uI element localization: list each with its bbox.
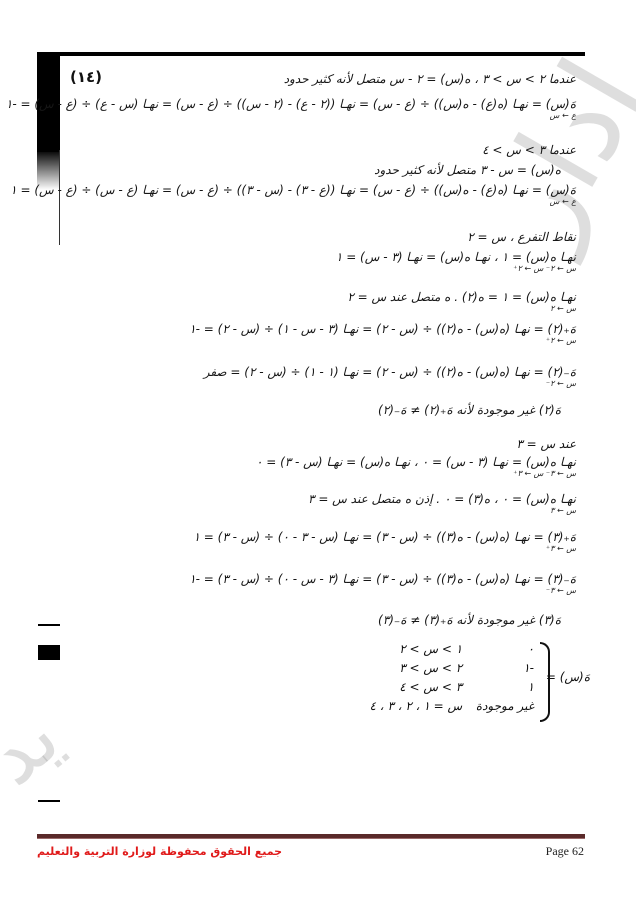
- limit-subscript: س ← ٣⁺: [194, 544, 576, 554]
- math-line: عندما ٢ > س > ٣ ، ه(س) = ٢ - س متصل لأنه…: [284, 72, 576, 86]
- math-line: ه(س) = س - ٣ متصل لأنه كثير حدود: [374, 163, 561, 177]
- scan-top-border: [37, 52, 585, 56]
- math-line-text: عند س = ٣: [516, 437, 576, 451]
- margin-mark-line: [38, 800, 60, 802]
- limit-subscript: س ← ٣: [308, 506, 576, 516]
- piecewise-row: ١ ٣ > س > ٤: [399, 680, 534, 694]
- piecewise-condition: ١ > س > ٢: [399, 642, 462, 656]
- margin-mark-line: [38, 624, 60, 626]
- math-line: نهـا ه(س) = ٠ ، ه(٣) = ٠ . إذن ه متصل عن…: [308, 492, 576, 516]
- footer-copyright: جميع الحقوق محفوظة لوزارة التربية والتعل…: [37, 845, 282, 858]
- piecewise-condition: ٢ > س > ٣: [399, 661, 462, 675]
- math-line: هَ₊(٣) = نهـا (ه(س) - ه(٣)) ÷ (س - ٣) = …: [194, 530, 576, 554]
- limit-subscript: س ← ٢⁺: [189, 336, 576, 346]
- math-line-text: ه(س) = س - ٣ متصل لأنه كثير حدود: [374, 163, 561, 177]
- math-line-text: هَ(٢) غير موجودة لأنه هَ₊(٢) ≠ هَ₋(٢): [378, 403, 561, 417]
- math-line: نهـا ه(س) = ١ ، نهـا ه(س) = نهـا (٣ - س)…: [336, 250, 576, 274]
- piecewise-condition: س = ١ ، ٢ ، ٣ ، ٤: [369, 699, 462, 713]
- section-number: (١٤): [70, 68, 102, 86]
- piecewise-value: -١: [486, 661, 534, 675]
- piecewise-condition: ٣ > س > ٤: [399, 680, 462, 694]
- math-line: هَ₋(٣) = نهـا (ه(س) - ه(٣)) ÷ (س - ٣) = …: [189, 572, 576, 596]
- limit-subscript: س ← ٢⁻ س ← ٢⁺: [336, 264, 576, 274]
- math-line: نهـا ه(س) = نهـا (٣ - س) = ٠ ، نهـا ه(س)…: [256, 455, 576, 479]
- math-line-text: هَ(٣) غير موجودة لأنه هَ₊(٣) ≠ هَ₋(٣): [378, 613, 561, 627]
- math-line-text: نقاط التفرع ، س = ٢: [467, 230, 576, 244]
- watermark-left: يد: [0, 690, 77, 803]
- math-line-text: هَ₊(٣) = نهـا (ه(س) - ه(٣)) ÷ (س - ٣) = …: [194, 530, 576, 544]
- limit-subscript: س ← ٣⁻ س ← ٣⁺: [256, 469, 576, 479]
- math-line-text: عندما ٣ > س > ٤: [482, 143, 576, 157]
- limit-subscript: ع ← س: [6, 111, 576, 121]
- math-line: عند س = ٣: [516, 437, 576, 451]
- limit-subscript: س ← ٢⁻: [204, 379, 576, 389]
- math-line-text: عندما ٢ > س > ٣ ، ه(س) = ٢ - س متصل لأنه…: [284, 72, 576, 86]
- piecewise-row: غير موجودة س = ١ ، ٢ ، ٣ ، ٤: [369, 699, 534, 713]
- footer-page-number: Page 62: [546, 844, 584, 859]
- math-line: هَ(٣) غير موجودة لأنه هَ₊(٣) ≠ هَ₋(٣): [378, 613, 561, 627]
- limit-subscript: ع ← س: [10, 197, 576, 207]
- piecewise-value: ١: [486, 680, 534, 694]
- math-line: نهـا ه(س) = ١ = ه(٢) . ه متصل عند س = ٢ …: [347, 290, 576, 314]
- math-line: نقاط التفرع ، س = ٢: [467, 230, 576, 244]
- math-line-text: نهـا ه(س) = ٠ ، ه(٣) = ٠ . إذن ه متصل عن…: [308, 492, 576, 506]
- piecewise-value: ٠: [486, 642, 534, 656]
- limit-subscript: س ← ٣⁻: [189, 586, 576, 596]
- math-line-text: هَ₋(٣) = نهـا (ه(س) - ه(٣)) ÷ (س - ٣) = …: [189, 572, 576, 586]
- piecewise-label: هَ(س) =: [546, 670, 590, 684]
- footer-rule: [37, 834, 585, 839]
- math-line-text: نهـا ه(س) = ١ = ه(٢) . ه متصل عند س = ٢: [347, 290, 576, 304]
- math-line-text: هَ₋(٢) = نهـا (ه(س) - ه(٢)) ÷ (س - ٢) = …: [204, 365, 576, 379]
- math-line: هَ(س) = نهـا (ه(ع) - ه(س)) ÷ (ع - س) = ن…: [10, 183, 576, 207]
- brace-icon: [540, 642, 550, 722]
- math-line-text: هَ(س) = نهـا (ه(ع) - ه(س)) ÷ (ع - س) = ن…: [10, 183, 576, 197]
- limit-subscript: س ← ٢: [347, 304, 576, 314]
- piecewise-row: ٠ ١ > س > ٢: [399, 642, 534, 656]
- math-line: هَ₊(٢) = نهـا (ه(س) - ه(٢)) ÷ (س - ٢) = …: [189, 322, 576, 346]
- math-line-text: هَ(س) = نهـا (ه(ع) - ه(س)) ÷ (ع - س) = ن…: [6, 97, 576, 111]
- math-line: هَ(س) = نهـا (ه(ع) - ه(س)) ÷ (ع - س) = ن…: [6, 97, 576, 121]
- math-line-text: نهـا ه(س) = ١ ، نهـا ه(س) = نهـا (٣ - س)…: [336, 250, 576, 264]
- math-line-text: هَ₊(٢) = نهـا (ه(س) - ه(٢)) ÷ (س - ٢) = …: [189, 322, 576, 336]
- math-line: هَ(٢) غير موجودة لأنه هَ₊(٢) ≠ هَ₋(٢): [378, 403, 561, 417]
- math-line: عندما ٣ > س > ٤: [482, 143, 576, 157]
- piecewise-value: غير موجودة: [486, 699, 534, 713]
- math-line: هَ₋(٢) = نهـا (ه(س) - ه(٢)) ÷ (س - ٢) = …: [204, 365, 576, 389]
- math-line-text: نهـا ه(س) = نهـا (٣ - س) = ٠ ، نهـا ه(س)…: [256, 455, 576, 469]
- piecewise-row: -١ ٢ > س > ٣: [399, 661, 534, 675]
- margin-mark-block: [38, 645, 60, 660]
- piecewise-definition: هَ(س) = ٠ ١ > س > ٢ -١ ٢ > س > ٣ ١ ٣ > س…: [330, 642, 590, 720]
